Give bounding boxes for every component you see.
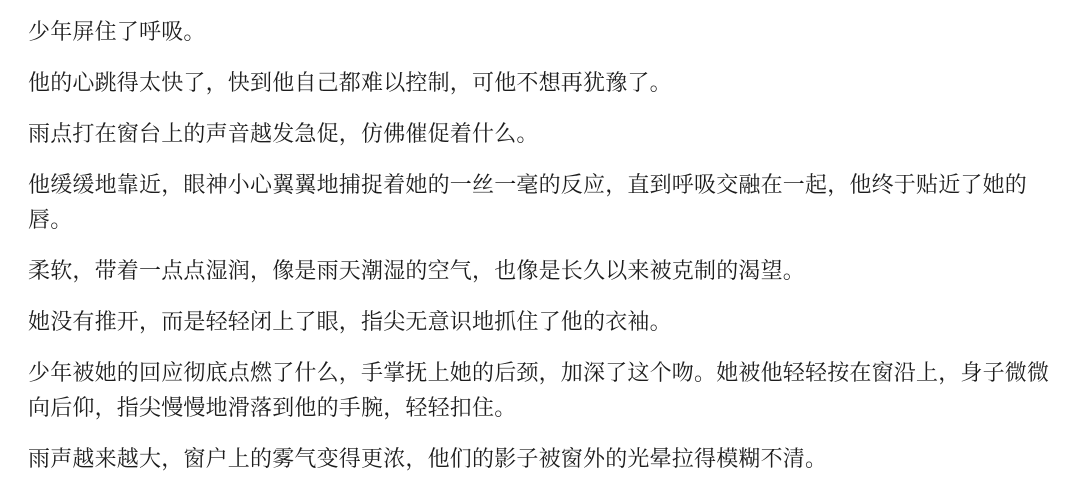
paragraph: 少年被她的回应彻底点燃了什么，手掌抚上她的后颈，加深了这个吻。她被他轻轻按在窗沿… [28,355,1050,425]
article-body: 少年屏住了呼吸。 他的心跳得太快了，快到他自己都难以控制，可他不想再犹豫了。 雨… [28,14,1050,476]
paragraph: 他的心跳得太快了，快到他自己都难以控制，可他不想再犹豫了。 [28,65,1050,100]
paragraph: 柔软，带着一点点湿润，像是雨天潮湿的空气，也像是长久以来被克制的渴望。 [28,253,1050,288]
paragraph: 她没有推开，而是轻轻闭上了眼，指尖无意识地抓住了他的衣袖。 [28,304,1050,339]
paragraph: 雨声越来越大，窗户上的雾气变得更浓，他们的影子被窗外的光晕拉得模糊不清。 [28,441,1050,476]
paragraph: 雨点打在窗台上的声音越发急促，仿佛催促着什么。 [28,116,1050,151]
novel-text-page: 少年屏住了呼吸。 他的心跳得太快了，快到他自己都难以控制，可他不想再犹豫了。 雨… [0,0,1080,495]
paragraph: 少年屏住了呼吸。 [28,14,1050,49]
paragraph: 他缓缓地靠近，眼神小心翼翼地捕捉着她的一丝一毫的反应，直到呼吸交融在一起，他终于… [28,167,1050,237]
